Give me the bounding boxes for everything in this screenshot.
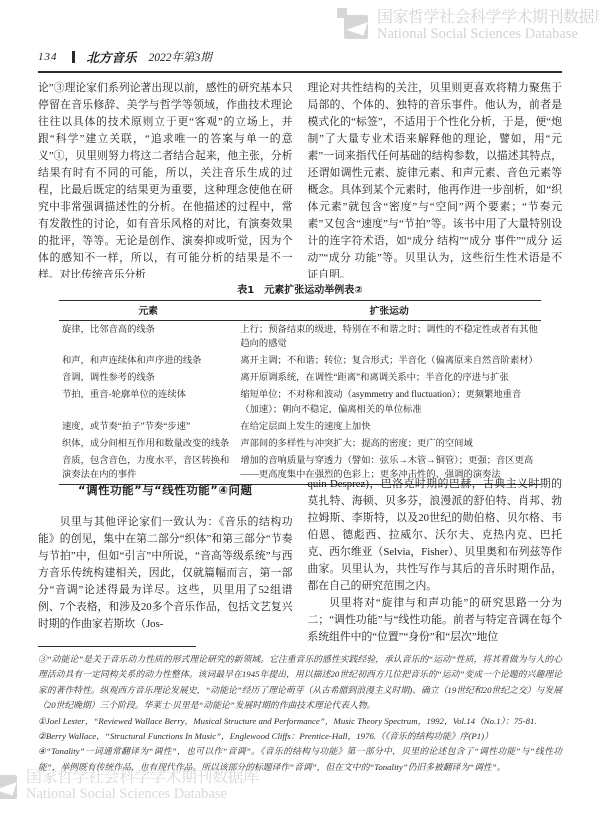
nssd-logo-icon [337, 8, 368, 39]
paragraph: 贝里与其他评论家们一致认为：《音乐的结构功能》的创见，集中在第二部分“织体”和第… [38, 514, 293, 633]
table-caption: 表1 元素扩张运动举例表② [59, 281, 541, 296]
cell-expansion: 离开原调系统，在调性“距离”和离调关系中；半音化的序进与扩张 [237, 370, 541, 387]
watermark-cn-text: 国家哲学社会科学学术期刊数据库 [377, 8, 599, 26]
table-row: 音调，调性参考的线条 离开原调系统，在调性“距离”和离调关系中；半音化的序进与扩… [59, 370, 541, 387]
footnotes: ③“动能论”是关于音乐动力性质的形式理论研究的新领域。它注重音乐的感性实践经验，… [38, 646, 562, 775]
cell-element: 旋律，比邻音高的线条 [59, 321, 237, 353]
paragraph: quin Desprez)，巴洛克时期的巴赫，古典主义时期的莫扎特、海顿、贝多芬… [308, 476, 563, 595]
page-number: 134 [38, 51, 58, 63]
column-header-expansion: 扩张运动 [237, 301, 541, 321]
nssd-logo-icon [0, 768, 17, 799]
cell-element: 节拍，重音-轮廓单位的连续体 [59, 387, 237, 418]
page-header: 134 北方音乐 2022年第3期 [38, 48, 562, 73]
table-row: 和声，和声连续体和声序进的线条 离开主调；不和谐；转位；复合形式；半音化（偏离原… [59, 352, 541, 369]
body-top: 论”③理论家们系列论著出现以前，感性的研究基本只停留在音乐修辞、美学与哲学等领域… [38, 80, 562, 278]
cell-expansion: 上行；预备结束的级进，特别在不和谐之时；调性的不稳定性或者有其他趋向的感觉 [237, 321, 541, 353]
footnote: ③“动能论”是关于音乐动力性质的形式理论研究的新领域。它注重音乐的感性实践经验，… [38, 652, 562, 714]
table-header-row: 元素 扩张运动 [59, 301, 541, 321]
footnote: ②Berry Wallace，“Structural Functions In … [38, 729, 562, 744]
table-row: 节拍，重音-轮廓单位的连续体 缩短单位；不对称和波动（asymmetry and… [59, 387, 541, 418]
column-right-bottom: quin Desprez)，巴洛克时期的巴赫，古典主义时期的莫扎特、海顿、贝多芬… [308, 476, 563, 648]
footnote-separator [38, 646, 196, 647]
paragraph: 贝里将对“旋律与和声功能”的研究思路一分为二；“调性功能”与“线性功能。前者与特… [308, 595, 563, 646]
journal-issue: 2022年第3期 [149, 49, 212, 65]
table-row: 织体，成分间相互作用和数量改变的线条 声部间的多样性与冲突扩大；提高的密度；更广… [59, 435, 541, 452]
journal-page: 国家哲学社会科学学术期刊数据库 National Social Sciences… [0, 0, 599, 825]
watermark-en-text: National Social Sciences Database [377, 26, 599, 43]
section-heading: “调性功能”与“线性功能”④问题 [38, 482, 293, 499]
body-bottom: “调性功能”与“线性功能”④问题 贝里与其他评论家们一致认为：《音乐的结构功能》… [38, 476, 562, 648]
journal-title: 北方音乐 [87, 48, 137, 66]
cell-expansion: 缩短单位；不对称和波动（asymmetry and fluctuation）；更… [237, 387, 541, 418]
cell-expansion: 声部间的多样性与冲突扩大；提高的密度；更广的空间域 [237, 435, 541, 452]
table-row: 旋律，比邻音高的线条 上行；预备结束的级进，特别在不和谐之时；调性的不稳定性或者… [59, 321, 541, 353]
column-header-element: 元素 [59, 301, 237, 321]
paragraph: 理论对共性结构的关注，贝里则更喜欢将精力聚焦于局部的、个体的、独特的音乐事件。他… [308, 80, 563, 278]
footnote: ①Joel Lester，“Reviewed Wallace Berry，Mus… [38, 714, 562, 729]
table-row: 速度，或节奏“拍子”节奏“步速” 在给定层面上发生的速度上加快 [59, 418, 541, 435]
watermark-en-text: National Social Sciences Database [26, 786, 259, 803]
footnote: ④“Tonality”一词通常翻译为“调性”，也可以作“音调”。《音乐的结构与功… [38, 744, 562, 775]
table-block: 表1 元素扩张运动举例表② 元素 扩张运动 旋律，比邻音高的线条 上行；预备结束… [59, 281, 541, 485]
cell-expansion: 离开主调；不和谐；转位；复合形式；半音化（偏离原来自然音阶素材） [237, 352, 541, 369]
watermark-top: 国家哲学社会科学学术期刊数据库 National Social Sciences… [337, 8, 599, 43]
column-left-top: 论”③理论家们系列论著出现以前，感性的研究基本只停留在音乐修辞、美学与哲学等领域… [38, 80, 293, 278]
elements-expansion-table: 元素 扩张运动 旋律，比邻音高的线条 上行；预备结束的级进，特别在不和谐之时；调… [59, 300, 541, 485]
column-right-top: 理论对共性结构的关注，贝里则更喜欢将精力聚焦于局部的、个体的、独特的音乐事件。他… [308, 80, 563, 278]
cell-element: 速度，或节奏“拍子”节奏“步速” [59, 418, 237, 435]
cell-element: 音调，调性参考的线条 [59, 370, 237, 387]
header-divider [72, 51, 75, 63]
cell-element: 织体，成分间相互作用和数量改变的线条 [59, 435, 237, 452]
cell-element: 和声，和声连续体和声序进的线条 [59, 352, 237, 369]
paragraph: 论”③理论家们系列论著出现以前，感性的研究基本只停留在音乐修辞、美学与哲学等领域… [38, 80, 293, 278]
cell-expansion: 在给定层面上发生的速度上加快 [237, 418, 541, 435]
column-left-bottom: “调性功能”与“线性功能”④问题 贝里与其他评论家们一致认为：《音乐的结构功能》… [38, 476, 293, 648]
